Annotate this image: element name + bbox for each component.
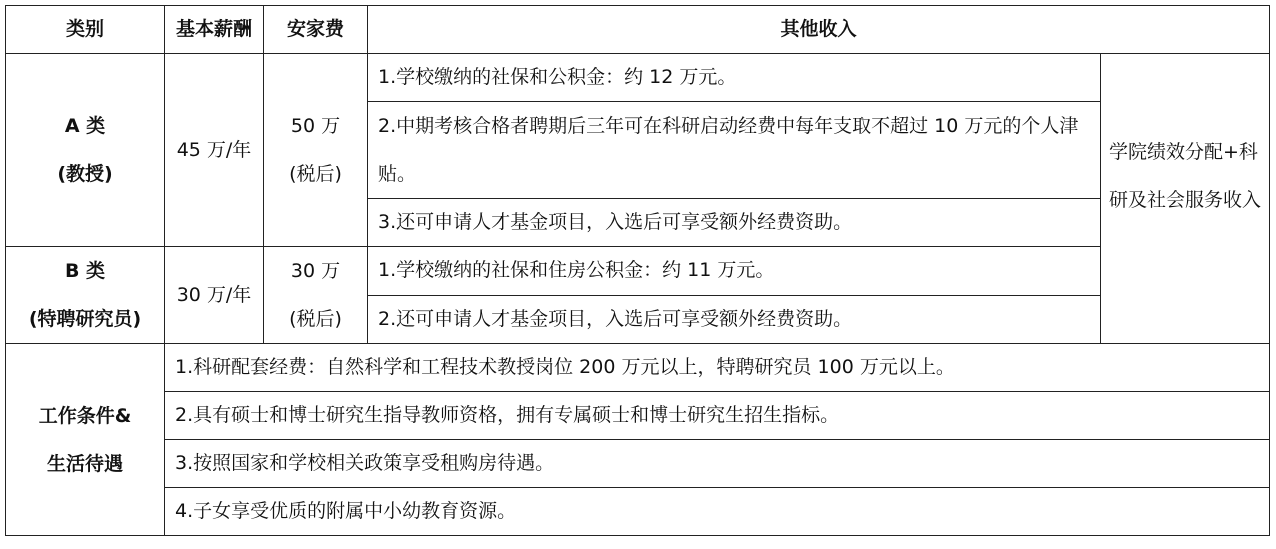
category-a-name: A 类 xyxy=(16,102,154,150)
conditions-row-4: 4.子女享受优质的附属中小幼教育资源。 xyxy=(6,488,1270,536)
settlement-a: 50 万 (税后) xyxy=(264,54,368,247)
header-other-income: 其他收入 xyxy=(368,6,1270,54)
settlement-b: 30 万 (税后) xyxy=(264,247,368,344)
condition-item-1: 1.科研配套经费：自然科学和工程技术教授岗位 200 万元以上，特聘研究员 10… xyxy=(165,344,1270,392)
settlement-a-amount: 50 万 xyxy=(274,102,357,150)
conditions-row-2: 2.具有硕士和博士研究生指导教师资格，拥有专属硕士和博士研究生招生指标。 xyxy=(6,392,1270,440)
conditions-row-3: 3.按照国家和学校相关政策享受租购房待遇。 xyxy=(6,440,1270,488)
header-base-salary: 基本薪酬 xyxy=(165,6,264,54)
category-a: A 类 (教授) xyxy=(6,54,165,247)
other-a-item-2: 2.中期考核合格者聘期后三年可在科研启动经费中每年支取不超过 10 万元的个人津… xyxy=(368,102,1101,199)
header-settlement: 安家费 xyxy=(264,6,368,54)
settlement-b-note: (税后) xyxy=(274,295,357,343)
salary-a: 45 万/年 xyxy=(165,54,264,247)
category-b-name: B 类 xyxy=(16,247,154,295)
settlement-b-amount: 30 万 xyxy=(274,247,357,295)
shared-other-income: 学院绩效分配+科研及社会服务收入 xyxy=(1101,54,1270,344)
category-b-title: (特聘研究员) xyxy=(16,295,154,343)
conditions-row-1: 工作条件& 生活待遇 1.科研配套经费：自然科学和工程技术教授岗位 200 万元… xyxy=(6,344,1270,392)
conditions-label-line2: 生活待遇 xyxy=(16,440,154,488)
other-a-item-1: 1.学校缴纳的社保和公积金：约 12 万元。 xyxy=(368,54,1101,102)
conditions-label: 工作条件& 生活待遇 xyxy=(6,344,165,536)
salary-b: 30 万/年 xyxy=(165,247,264,344)
category-a-title: (教授) xyxy=(16,150,154,198)
condition-item-4: 4.子女享受优质的附属中小幼教育资源。 xyxy=(165,488,1270,536)
condition-item-3: 3.按照国家和学校相关政策享受租购房待遇。 xyxy=(165,440,1270,488)
settlement-a-note: (税后) xyxy=(274,150,357,198)
other-b-item-1: 1.学校缴纳的社保和住房公积金：约 11 万元。 xyxy=(368,247,1101,296)
other-a-item-3: 3.还可申请人才基金项目，入选后可享受额外经费资助。 xyxy=(368,199,1101,247)
header-category: 类别 xyxy=(6,6,165,54)
compensation-table: 类别 基本薪酬 安家费 其他收入 A 类 (教授) 45 万/年 50 万 (税… xyxy=(5,5,1270,536)
condition-item-2: 2.具有硕士和博士研究生指导教师资格，拥有专属硕士和博士研究生招生指标。 xyxy=(165,392,1270,440)
row-a-1: A 类 (教授) 45 万/年 50 万 (税后) 1.学校缴纳的社保和公积金：… xyxy=(6,54,1270,102)
category-b: B 类 (特聘研究员) xyxy=(6,247,165,344)
header-row: 类别 基本薪酬 安家费 其他收入 xyxy=(6,6,1270,54)
other-b-item-2: 2.还可申请人才基金项目，入选后可享受额外经费资助。 xyxy=(368,295,1101,344)
conditions-label-line1: 工作条件& xyxy=(16,392,154,440)
row-b-1: B 类 (特聘研究员) 30 万/年 30 万 (税后) 1.学校缴纳的社保和住… xyxy=(6,247,1270,296)
